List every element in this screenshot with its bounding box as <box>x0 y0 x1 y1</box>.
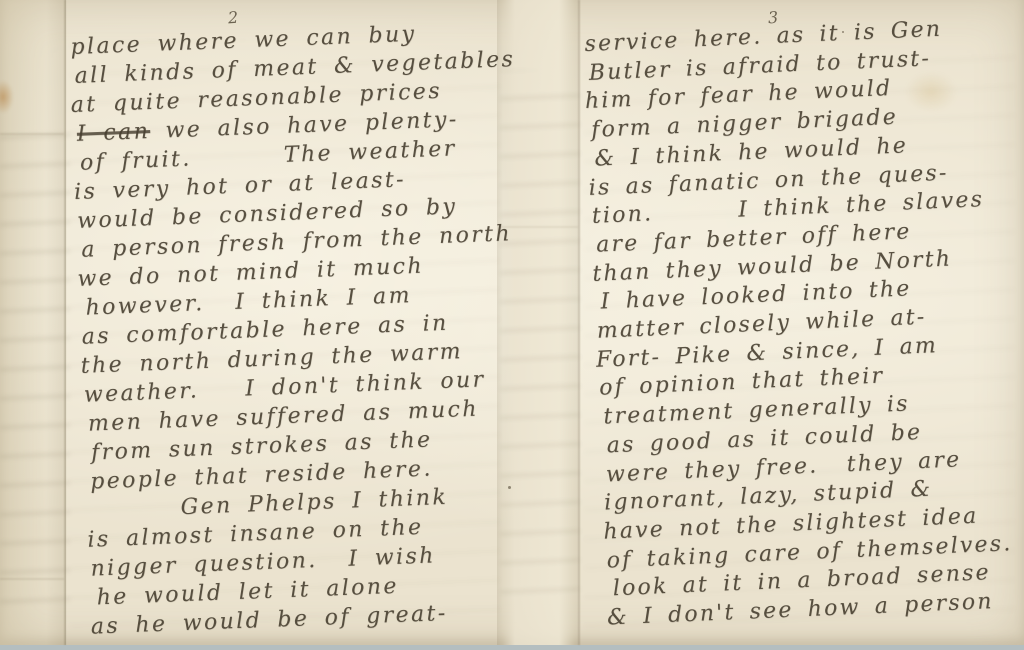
vertical-crease <box>64 0 66 645</box>
vertical-crease <box>578 0 580 645</box>
paper-edge-strip <box>0 0 66 645</box>
letter-scan: 2 3 place where we can buyall kinds of m… <box>0 0 1024 650</box>
horizontal-crease <box>0 133 64 135</box>
horizontal-crease <box>0 578 64 580</box>
handwriting-left-page: place where we can buyall kinds of meat … <box>70 16 543 642</box>
handwriting-right-page: service here. as it is GenButler is afra… <box>584 12 1024 633</box>
page-number-left: 2 <box>227 8 239 28</box>
